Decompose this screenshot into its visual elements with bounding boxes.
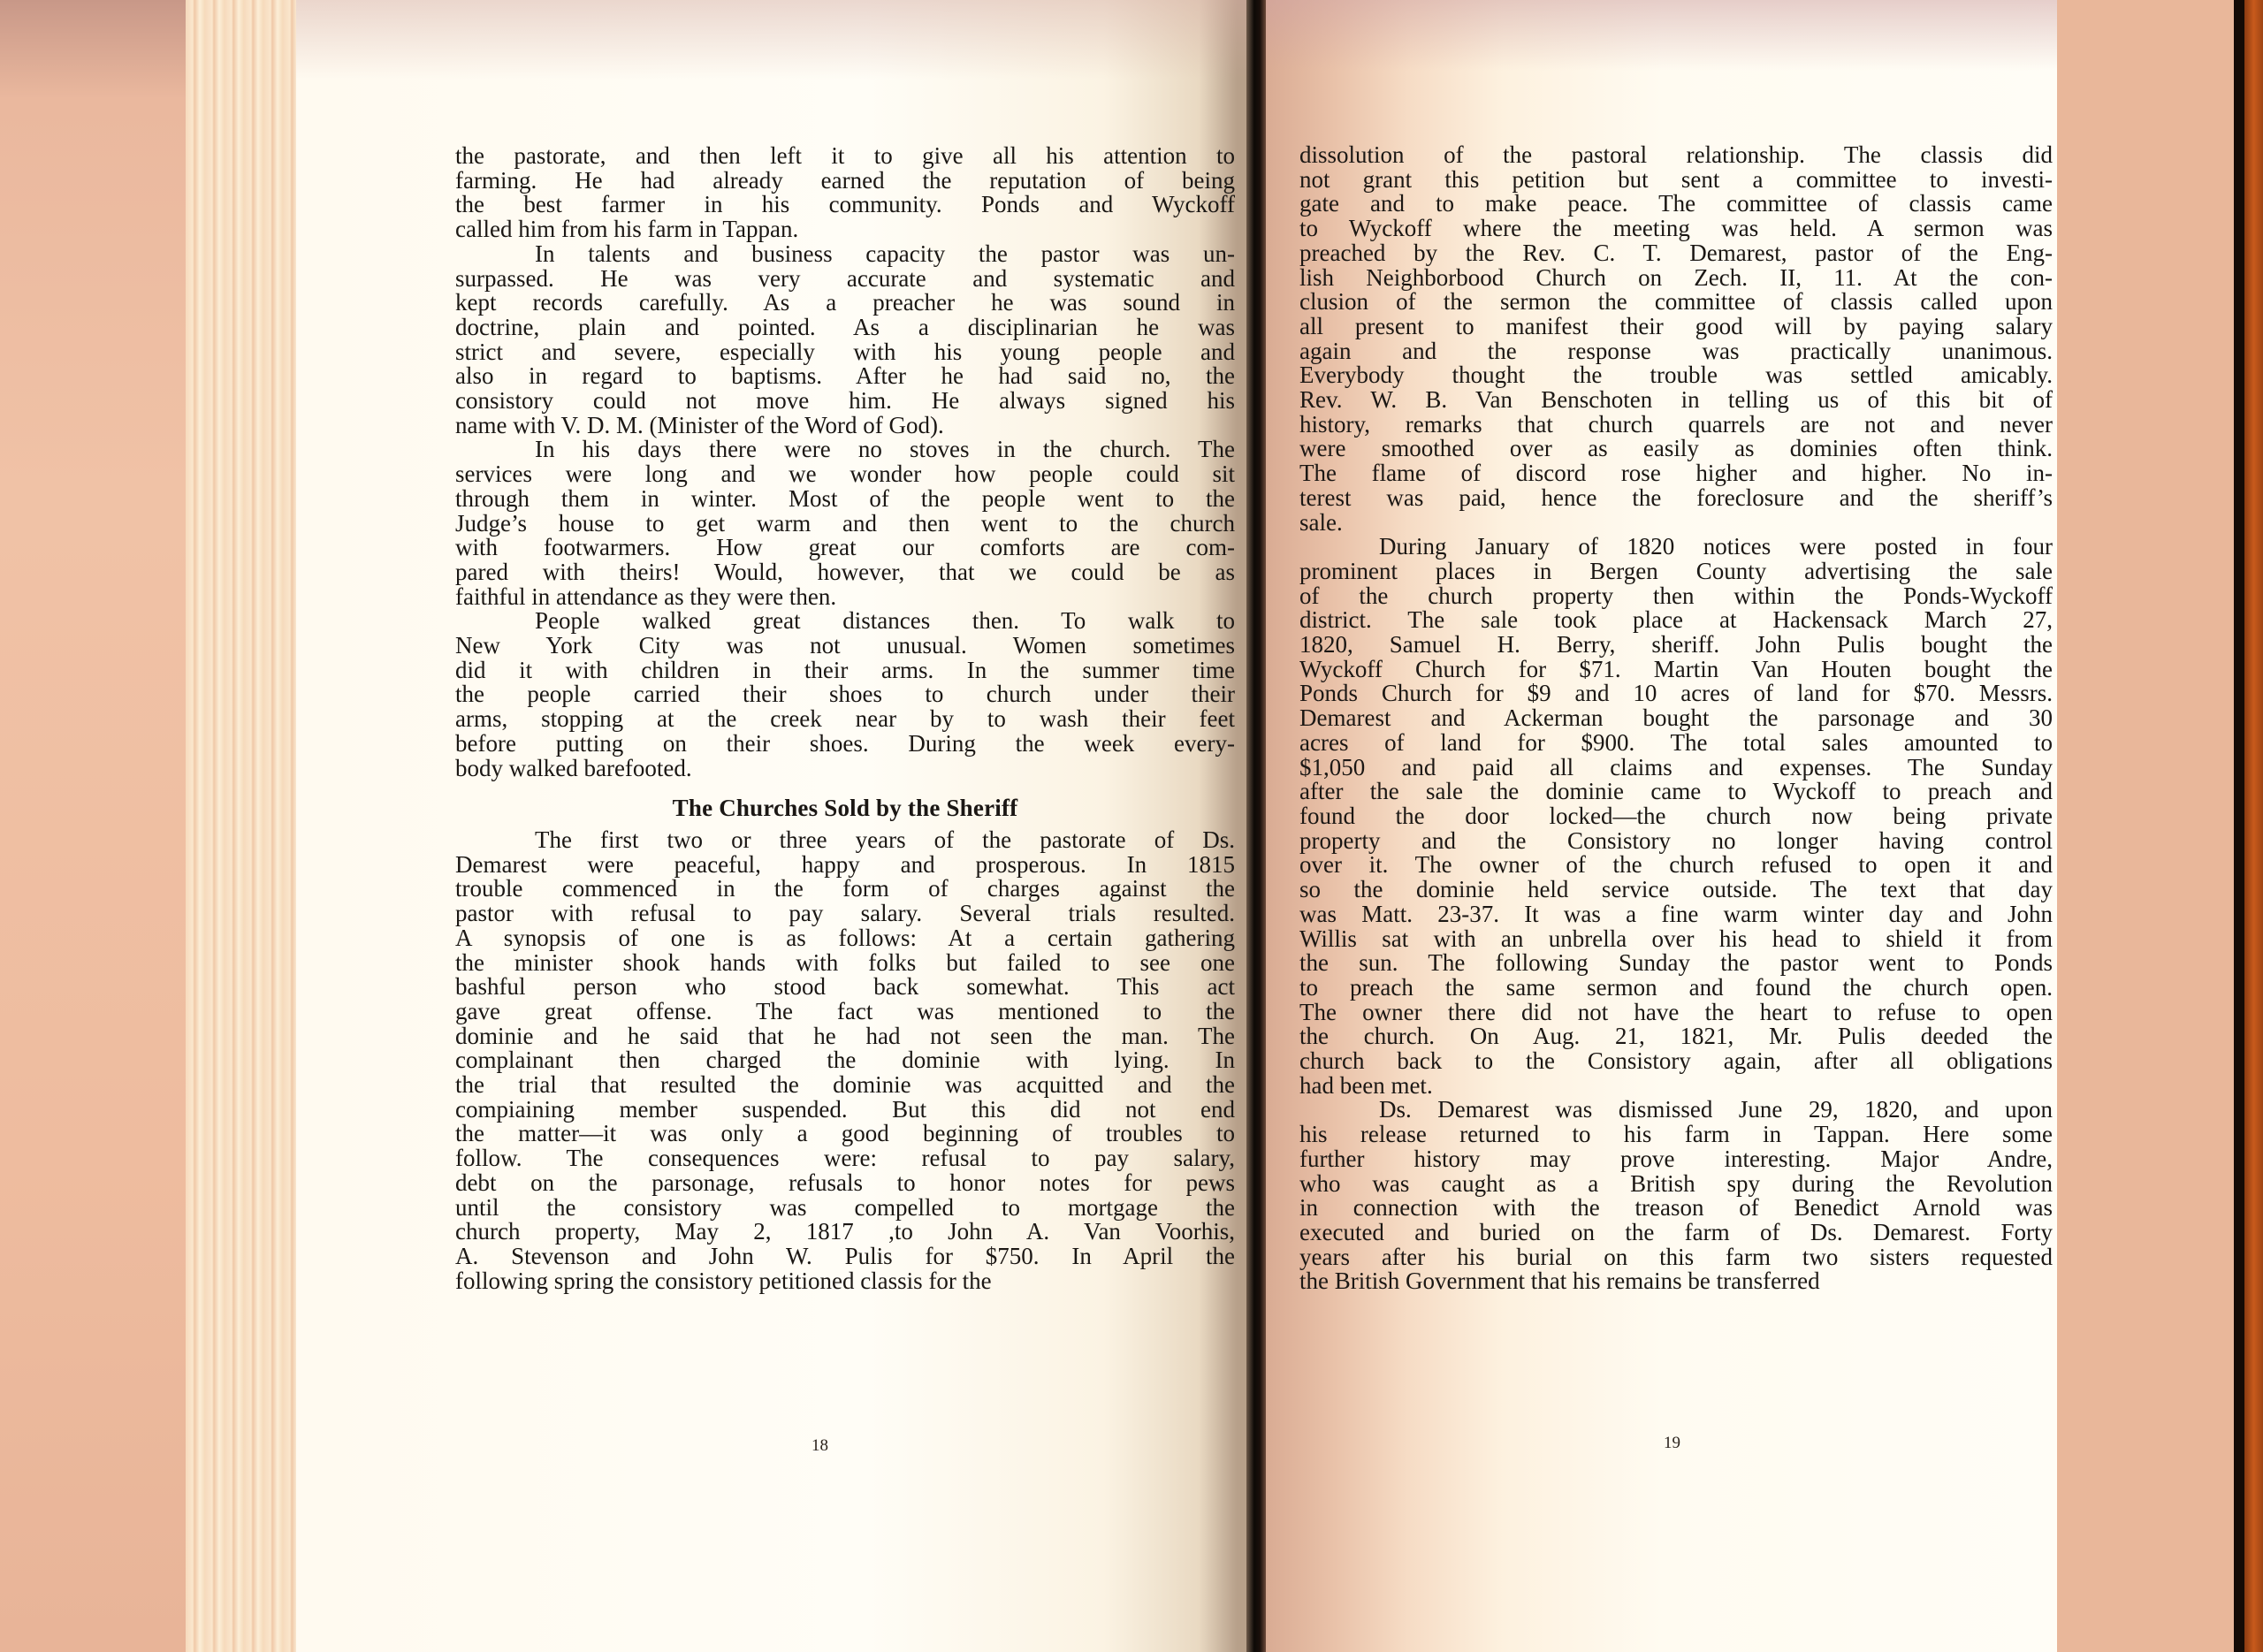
text-line: Willis sat with an unbrella over his hea…	[1299, 927, 2053, 952]
text-line: People walked great distances then. To w…	[455, 609, 1235, 634]
text-line: Wyckoff Church for $71. Martin Van Houte…	[1299, 658, 2053, 682]
text-line: the minister shook hands with folks but …	[455, 951, 1235, 976]
text-line: 1820, Samuel H. Berry, sheriff. John Pul…	[1299, 633, 2053, 658]
text-line: complainant then charged the dominie wit…	[455, 1048, 1235, 1073]
text-line: In his days there were no stoves in the …	[455, 438, 1235, 462]
text-line: consistory could not move him. He always…	[455, 389, 1235, 414]
text-line: of the church property then within the P…	[1299, 584, 2053, 609]
text-line: body walked barefooted.	[455, 757, 1235, 781]
text-line: doctrine, plain and pointed. As a discip…	[455, 316, 1235, 340]
text-line: During January of 1820 notices were post…	[1299, 535, 2053, 560]
text-line: terest was paid, hence the foreclosure a…	[1299, 486, 2053, 511]
text-line: again and the response was practically u…	[1299, 339, 2053, 364]
left-page-body: the pastorate, and then left it to give …	[455, 144, 1235, 1293]
text-line: kept records carefully. As a preacher he…	[455, 291, 1235, 316]
paragraph: In his days there were no stoves in the …	[455, 438, 1235, 609]
book-fore-edge-left	[0, 0, 190, 1652]
page-number-right: 19	[1664, 1434, 1680, 1453]
text-line: strict and severe, especially with his y…	[455, 340, 1235, 365]
paragraph: In talents and business capacity the pas…	[455, 242, 1235, 438]
text-line: In talents and business capacity the pas…	[455, 242, 1235, 267]
text-line: following spring the consistory petition…	[455, 1269, 1235, 1294]
text-line: Ds. Demarest was dismissed June 29, 1820…	[1299, 1098, 2053, 1123]
text-line: so the dominie held service outside. The…	[1299, 878, 2053, 902]
section-heading: The Churches Sold by the Sheriff	[455, 796, 1235, 821]
text-line: all present to manifest their good will …	[1299, 315, 2053, 339]
text-line: prominent places in Bergen County advert…	[1299, 560, 2053, 584]
text-line: The owner there did not have the heart t…	[1299, 1001, 2053, 1025]
text-line: dissolution of the pastoral relationship…	[1299, 143, 2053, 168]
text-line: pared with theirs! Would, however, that …	[455, 560, 1235, 585]
text-line: pastor with refusal to pay salary. Sever…	[455, 902, 1235, 926]
text-line: Ponds Church for $9 and 10 acres of land…	[1299, 681, 2053, 706]
book-gutter	[1246, 0, 1266, 1652]
text-line: who was caught as a British spy during t…	[1299, 1172, 2053, 1197]
text-line: acres of land for $900. The total sales …	[1299, 731, 2053, 756]
text-line: Rev. W. B. Van Benschoten in telling us …	[1299, 388, 2053, 413]
text-line: found the door locked—the church now bei…	[1299, 804, 2053, 829]
text-line: Demarest were peaceful, happy and prospe…	[455, 853, 1235, 878]
stacked-page-edges	[186, 0, 301, 1652]
text-line: the trial that resulted the dominie was …	[455, 1073, 1235, 1098]
text-line: debt on the parsonage, refusals to honor…	[455, 1171, 1235, 1196]
text-line: years after his burial on this farm two …	[1299, 1245, 2053, 1270]
text-line: to preach the same sermon and found the …	[1299, 976, 2053, 1001]
text-line: the pastorate, and then left it to give …	[455, 144, 1235, 169]
right-page-body: dissolution of the pastoral relationship…	[1299, 143, 2053, 1294]
text-line: also in regard to baptisms. After he had…	[455, 364, 1235, 389]
text-line: the matter—it was only a good beginning …	[455, 1122, 1235, 1146]
text-line: The flame of discord rose higher and hig…	[1299, 461, 2053, 486]
text-line: the sun. The following Sunday the pastor…	[1299, 951, 2053, 976]
book-cover-edge	[2244, 0, 2263, 1652]
text-line: his release returned to his farm in Tapp…	[1299, 1123, 2053, 1147]
text-line: follow. The consequences were: refusal t…	[455, 1146, 1235, 1171]
text-line: sale.	[1299, 511, 2053, 536]
text-line: faithful in attendance as they were then…	[455, 585, 1235, 610]
text-line: New York City was not unusual. Women som…	[455, 634, 1235, 659]
text-line: Demarest and Ackerman bought the parsona…	[1299, 706, 2053, 731]
paragraph: dissolution of the pastoral relationship…	[1299, 143, 2053, 535]
text-line: lish Neighborbood Church on Zech. II, 11…	[1299, 266, 2053, 291]
text-line: trouble commenced in the form of charges…	[455, 877, 1235, 902]
left-page-shadow	[296, 0, 1246, 80]
text-line: The first two or three years of the past…	[455, 828, 1235, 853]
text-line: after the sale the dominie came to Wycko…	[1299, 780, 2053, 804]
right-page-shadow	[1266, 0, 2057, 71]
text-line: was Matt. 23-37. It was a fine warm wint…	[1299, 902, 2053, 927]
text-line: did it with children in their arms. In t…	[455, 659, 1235, 683]
paragraph: The first two or three years of the past…	[455, 828, 1235, 1293]
text-line: arms, stopping at the creek near by to w…	[455, 707, 1235, 732]
text-line: over it. The owner of the church refused…	[1299, 853, 2053, 878]
page-number-left: 18	[811, 1436, 828, 1456]
text-line: A. Stevenson and John W. Pulis for $750.…	[455, 1245, 1235, 1269]
text-line: compiaining member suspended. But this d…	[455, 1098, 1235, 1123]
text-line: Everybody thought the trouble was settle…	[1299, 363, 2053, 388]
text-line: name with V. D. M. (Minister of the Word…	[455, 414, 1235, 438]
text-line: history, remarks that church quarrels ar…	[1299, 413, 2053, 438]
text-line: property and the Consistory no longer ha…	[1299, 829, 2053, 854]
text-line: the church. On Aug. 21, 1821, Mr. Pulis …	[1299, 1024, 2053, 1049]
text-line: dominie and he said that he had not seen…	[455, 1024, 1235, 1049]
text-line: until the consistory was compelled to mo…	[455, 1196, 1235, 1221]
paragraph: Ds. Demarest was dismissed June 29, 1820…	[1299, 1098, 2053, 1294]
text-line: not grant this petition but sent a commi…	[1299, 168, 2053, 193]
text-line: Judge’s house to get warm and then went …	[455, 512, 1235, 537]
text-line: gate and to make peace. The committee of…	[1299, 192, 2053, 217]
text-line: clusion of the sermon the committee of c…	[1299, 290, 2053, 315]
text-line: surpassed. He was very accurate and syst…	[455, 267, 1235, 292]
text-line: before putting on their shoes. During th…	[455, 732, 1235, 757]
text-line: A synopsis of one is as follows: At a ce…	[455, 926, 1235, 951]
text-line: bashful person who stood back somewhat. …	[455, 975, 1235, 1000]
text-line: further history may prove interesting. M…	[1299, 1147, 2053, 1172]
text-line: through them in winter. Most of the peop…	[455, 487, 1235, 512]
text-line: church property, May 2, 1817 ,to John A.…	[455, 1220, 1235, 1245]
text-line: called him from his farm in Tappan.	[455, 217, 1235, 242]
text-line: church back to the Consistory again, aft…	[1299, 1049, 2053, 1074]
text-line: executed and buried on the farm of Ds. D…	[1299, 1221, 2053, 1245]
paragraph: During January of 1820 notices were post…	[1299, 535, 2053, 1098]
text-line: were smoothed over as easily as dominies…	[1299, 437, 2053, 461]
text-line: the British Government that his remains …	[1299, 1269, 2053, 1294]
text-line: $1,050 and paid all claims and expenses.…	[1299, 756, 2053, 780]
text-line: farming. He had already earned the reput…	[455, 169, 1235, 194]
paragraph: the pastorate, and then left it to give …	[455, 144, 1235, 242]
right-page-edge	[2234, 0, 2244, 1652]
text-line: preached by the Rev. C. T. Demarest, pas…	[1299, 241, 2053, 266]
paragraph: People walked great distances then. To w…	[455, 609, 1235, 780]
text-line: the best farmer in his community. Ponds …	[455, 193, 1235, 217]
text-line: district. The sale took place at Hackens…	[1299, 608, 2053, 633]
text-line: the people carried their shoes to church…	[455, 682, 1235, 707]
text-line: to Wyckoff where the meeting was held. A…	[1299, 217, 2053, 241]
text-line: in connection with the treason of Benedi…	[1299, 1196, 2053, 1221]
text-line: had been met.	[1299, 1074, 2053, 1099]
text-line: gave great offense. The fact was mention…	[455, 1000, 1235, 1024]
text-line: with footwarmers. How great our comforts…	[455, 536, 1235, 560]
text-line: services were long and we wonder how peo…	[455, 462, 1235, 487]
